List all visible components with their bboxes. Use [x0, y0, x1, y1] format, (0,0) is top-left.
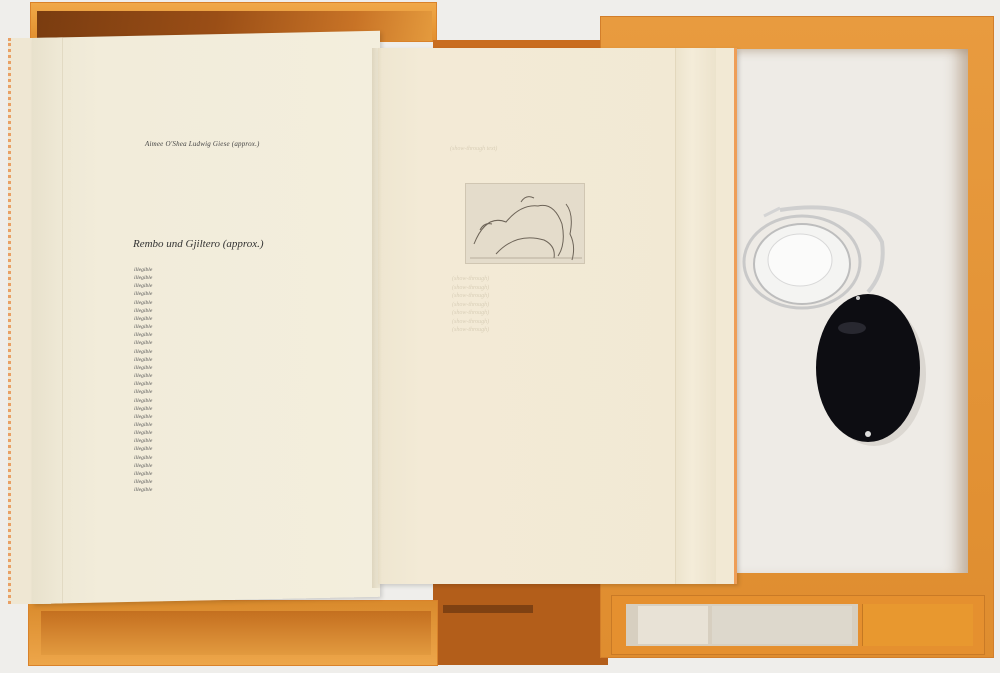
poem-line: illegible [134, 282, 152, 290]
etching-image[interactable] [465, 183, 585, 264]
box-inner [41, 611, 431, 655]
poem-line: illegible [134, 421, 152, 429]
right-page[interactable] [378, 48, 737, 584]
ghost-heading: (show-through text) [450, 146, 497, 152]
drawer-lid[interactable] [862, 604, 973, 646]
box-spine-floor [433, 570, 608, 665]
poem-line: illegible [134, 454, 152, 462]
poem-line: illegible [134, 397, 152, 405]
poem-line: illegible [134, 315, 152, 323]
page-fold [675, 48, 716, 584]
poem-line: illegible [134, 413, 152, 421]
drawer-paper [638, 606, 708, 644]
drawer-paper [712, 606, 852, 644]
poem-line: illegible [134, 331, 152, 339]
box-drawer[interactable] [611, 595, 985, 655]
ribbon-strap [443, 605, 533, 613]
poem-line: illegible [134, 307, 152, 315]
black-stone-icon[interactable] [808, 288, 926, 450]
ghost-line: (show-through) [452, 309, 489, 318]
book-gutter [372, 48, 382, 588]
poem-line: illegible [134, 405, 152, 413]
poem-line: illegible [134, 437, 152, 445]
poem-line: illegible [134, 323, 152, 331]
ghost-line: (show-through) [452, 284, 489, 293]
poem-text: illegible illegible illegible illegible … [134, 266, 152, 494]
box-left-lid-bottom [28, 600, 438, 666]
etching-figure-icon [466, 184, 584, 263]
poem-line: illegible [134, 470, 152, 478]
deckle-edge [32, 37, 63, 604]
author-line: Aimee O'Shea Ludwig Giese (approx.) [145, 140, 260, 148]
poem-line: illegible [134, 486, 152, 494]
poem-line: illegible [134, 445, 152, 453]
ghost-line: (show-through) [452, 292, 489, 301]
poem-line: illegible [134, 356, 152, 364]
ghost-line: (show-through) [452, 275, 489, 284]
poem-line: illegible [134, 462, 152, 470]
ghost-line: (show-through) [452, 301, 489, 310]
ghost-text: (show-through) (show-through) (show-thro… [452, 275, 489, 335]
poem-line: illegible [134, 380, 152, 388]
poem-line: illegible [134, 372, 152, 380]
poem-line: illegible [134, 339, 152, 347]
poem-line: illegible [134, 274, 152, 282]
poem-line: illegible [134, 388, 152, 396]
poem-line: illegible [134, 290, 152, 298]
poem-line: illegible [134, 364, 152, 372]
poem-title: Rembo und Gjiltero (approx.) [133, 238, 264, 250]
ghost-line: (show-through) [452, 326, 489, 335]
poem-line: illegible [134, 266, 152, 274]
poem-line: illegible [134, 348, 152, 356]
poem-line: illegible [134, 429, 152, 437]
ghost-line: (show-through) [452, 318, 489, 327]
left-page[interactable] [32, 31, 380, 604]
poem-line: illegible [134, 478, 152, 486]
drawer-slot [626, 604, 858, 646]
poem-line: illegible [134, 299, 152, 307]
